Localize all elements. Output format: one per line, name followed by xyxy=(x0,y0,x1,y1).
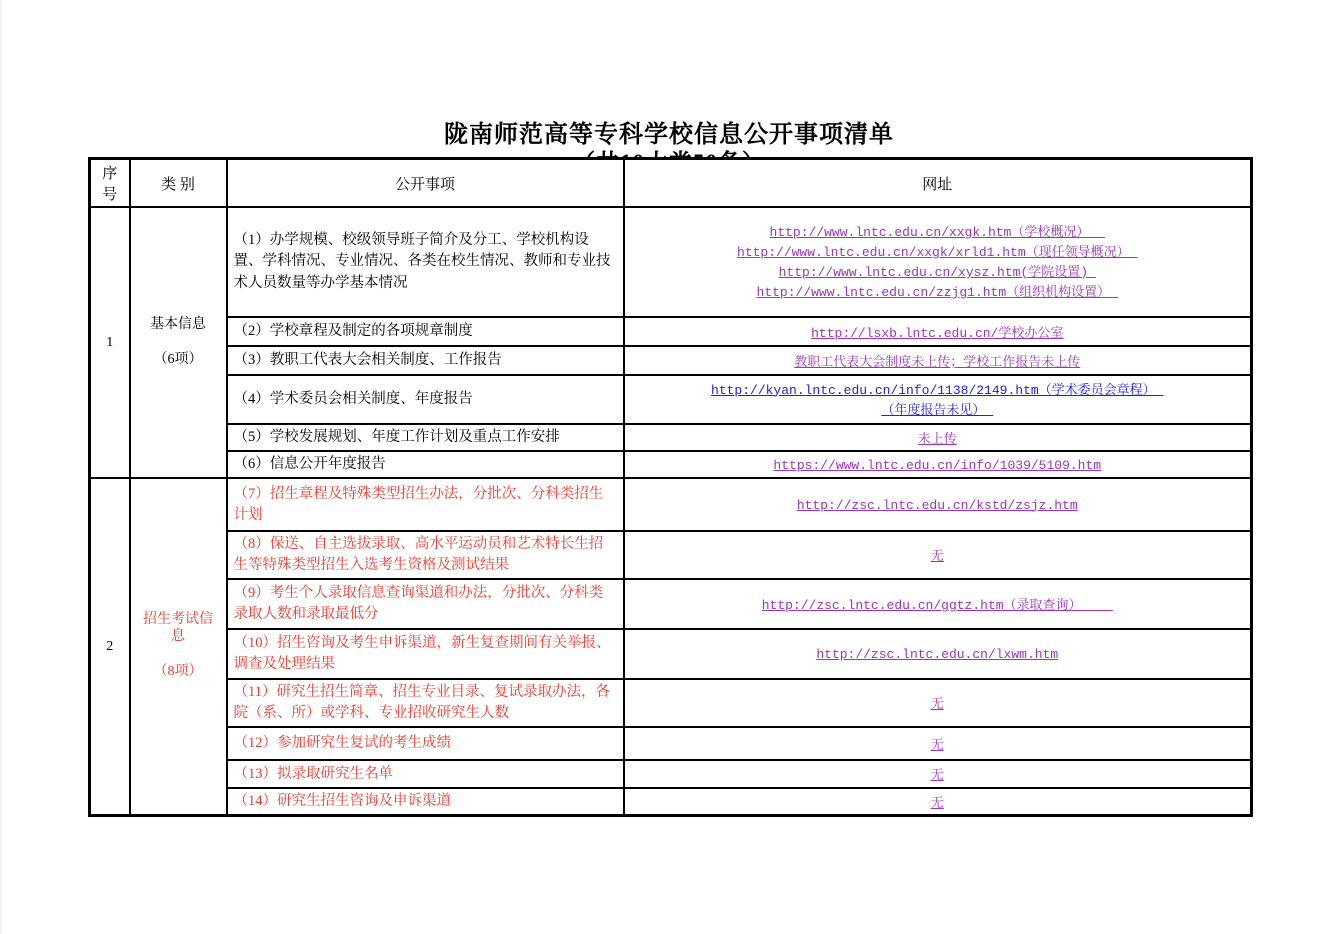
item-text: （7）招生章程及特殊类型招生办法，分批次、分科类招生计划 xyxy=(227,478,624,531)
table-row: （3）教职工代表大会相关制度、工作报告 教职工代表大会制度未上传；学校工作报告未… xyxy=(90,346,1252,375)
url-cell: 无 xyxy=(624,531,1252,579)
header-item: 公开事项 xyxy=(227,159,624,208)
none-link[interactable]: 无 xyxy=(931,738,944,753)
url-cell: 无 xyxy=(624,788,1252,816)
header-seq: 序号 xyxy=(90,159,130,208)
item-text: （11）研究生招生简章、招生专业目录、复试录取办法，各院（系、所）或学科、专业招… xyxy=(227,679,624,727)
item-text: （10）招生咨询及考生申诉渠道，新生复查期间有关举报、调查及处理结果 xyxy=(227,629,624,679)
table-row: （2）学校章程及制定的各项规章制度 http://lsxb.lntc.edu.c… xyxy=(90,317,1252,346)
none-link[interactable]: 无 xyxy=(931,549,944,564)
url-cell: http://zsc.lntc.edu.cn/ggtz.htm（录取查询） xyxy=(624,579,1252,629)
none-link[interactable]: 无 xyxy=(931,697,944,712)
header-url: 网址 xyxy=(624,159,1252,208)
url-link[interactable]: （年度报告未见） xyxy=(881,403,993,418)
url-link[interactable]: http://zsc.lntc.edu.cn/kstd/zsjz.htm xyxy=(797,498,1078,513)
url-cell: 无 xyxy=(624,760,1252,788)
url-link[interactable]: http://www.lntc.edu.cn/xxgk/xrld1.htm（现任… xyxy=(737,245,1137,260)
url-link[interactable]: http://www.lntc.edu.cn/xysz.htm(学院设置) xyxy=(779,265,1096,280)
table-row: （4）学术委员会相关制度、年度报告 http://kyan.lntc.edu.c… xyxy=(90,375,1252,424)
category-count: （6项） xyxy=(137,352,220,369)
url-link[interactable]: http://zsc.lntc.edu.cn/lxwm.htm xyxy=(816,647,1058,662)
table-row: （14）研究生招生咨询及申诉渠道 无 xyxy=(90,788,1252,816)
none-link[interactable]: 无 xyxy=(931,768,944,783)
url-cell: https://www.lntc.edu.cn/info/1039/5109.h… xyxy=(624,451,1252,478)
page-title: 陇南师范高等专科学校信息公开事项清单 xyxy=(88,114,1250,149)
item-text: （12）参加研究生复试的考生成绩 xyxy=(227,727,624,760)
url-link[interactable]: https://www.lntc.edu.cn/info/1039/5109.h… xyxy=(773,458,1101,473)
url-cell: http://www.lntc.edu.cn/xxgk.htm（学校概况） ht… xyxy=(624,207,1252,317)
disclosure-table: 序号 类 别 公开事项 网址 1 基本信息 （6项） （1）办学规模、校级领导班… xyxy=(88,157,1253,817)
item-text: （3）教职工代表大会相关制度、工作报告 xyxy=(227,346,624,375)
category-name: 招生考试信息 xyxy=(137,612,220,646)
url-cell: 无 xyxy=(624,727,1252,760)
url-cell: http://zsc.lntc.edu.cn/lxwm.htm xyxy=(624,629,1252,679)
item-text: （1）办学规模、校级领导班子简介及分工、学校机构设置、学科情况、专业情况、各类在… xyxy=(227,207,624,317)
item-text: （14）研究生招生咨询及申诉渠道 xyxy=(227,788,624,816)
table-row: （11）研究生招生简章、招生专业目录、复试录取办法，各院（系、所）或学科、专业招… xyxy=(90,679,1252,727)
url-cell: 无 xyxy=(624,679,1252,727)
url-link[interactable]: http://www.lntc.edu.cn/zzjg1.htm（组织机构设置） xyxy=(757,285,1118,300)
table-row: （5）学校发展规划、年度工作计划及重点工作安排 未上传 xyxy=(90,424,1252,451)
table-row: （6）信息公开年度报告 https://www.lntc.edu.cn/info… xyxy=(90,451,1252,478)
item-text: （8）保送、自主选拔录取、高水平运动员和艺术特长生招生等特殊类型招生入选考生资格… xyxy=(227,531,624,579)
url-cell: 未上传 xyxy=(624,424,1252,451)
item-text: （5）学校发展规划、年度工作计划及重点工作安排 xyxy=(227,424,624,451)
url-cell: http://kyan.lntc.edu.cn/info/1138/2149.h… xyxy=(624,375,1252,424)
none-link[interactable]: 无 xyxy=(931,796,944,811)
item-text: （13）拟录取研究生名单 xyxy=(227,760,624,788)
table-row: 1 基本信息 （6项） （1）办学规模、校级领导班子简介及分工、学校机构设置、学… xyxy=(90,207,1252,317)
table-row: （8）保送、自主选拔录取、高水平运动员和艺术特长生招生等特殊类型招生入选考生资格… xyxy=(90,531,1252,579)
item-text: （4）学术委员会相关制度、年度报告 xyxy=(227,375,624,424)
item-text: （9）考生个人录取信息查询渠道和办法，分批次、分科类录取人数和录取最低分 xyxy=(227,579,624,629)
table-row: （12）参加研究生复试的考生成绩 无 xyxy=(90,727,1252,760)
header-category: 类 别 xyxy=(130,159,227,208)
table-row: （9）考生个人录取信息查询渠道和办法，分批次、分科类录取人数和录取最低分 htt… xyxy=(90,579,1252,629)
url-link[interactable]: http://lsxb.lntc.edu.cn/学校办公室 xyxy=(811,326,1063,341)
table-header-row: 序号 类 别 公开事项 网址 xyxy=(90,159,1252,208)
page-edge-shadow xyxy=(0,0,2,934)
item-text: （6）信息公开年度报告 xyxy=(227,451,624,478)
url-cell: 教职工代表大会制度未上传；学校工作报告未上传 xyxy=(624,346,1252,375)
group-category: 基本信息 （6项） xyxy=(130,207,227,478)
group-category: 招生考试信息 （8项） xyxy=(130,478,227,816)
item-text: （2）学校章程及制定的各项规章制度 xyxy=(227,317,624,346)
url-cell: http://lsxb.lntc.edu.cn/学校办公室 xyxy=(624,317,1252,346)
url-link[interactable]: http://zsc.lntc.edu.cn/ggtz.htm（录取查询） xyxy=(762,598,1113,613)
document-page: 陇南师范高等专科学校信息公开事项清单 （共10大类50条） 序号 类 别 公开事… xyxy=(0,0,1343,934)
table-row: （13）拟录取研究生名单 无 xyxy=(90,760,1252,788)
table-row: （10）招生咨询及考生申诉渠道，新生复查期间有关举报、调查及处理结果 http:… xyxy=(90,629,1252,679)
table-wrapper: 序号 类 别 公开事项 网址 1 基本信息 （6项） （1）办学规模、校级领导班… xyxy=(88,157,1253,817)
status-link[interactable]: 未上传 xyxy=(918,432,957,447)
group-seq: 2 xyxy=(90,478,130,816)
url-link[interactable]: http://kyan.lntc.edu.cn/info/1138/2149.h… xyxy=(711,383,1163,398)
category-name: 基本信息 xyxy=(137,317,220,334)
url-cell: http://zsc.lntc.edu.cn/kstd/zsjz.htm xyxy=(624,478,1252,531)
table-row: 2 招生考试信息 （8项） （7）招生章程及特殊类型招生办法，分批次、分科类招生… xyxy=(90,478,1252,531)
category-count: （8项） xyxy=(137,664,220,681)
group-seq: 1 xyxy=(90,207,130,478)
url-link[interactable]: http://www.lntc.edu.cn/xxgk.htm（学校概况） xyxy=(770,225,1105,240)
status-link[interactable]: 教职工代表大会制度未上传；学校工作报告未上传 xyxy=(794,355,1080,370)
